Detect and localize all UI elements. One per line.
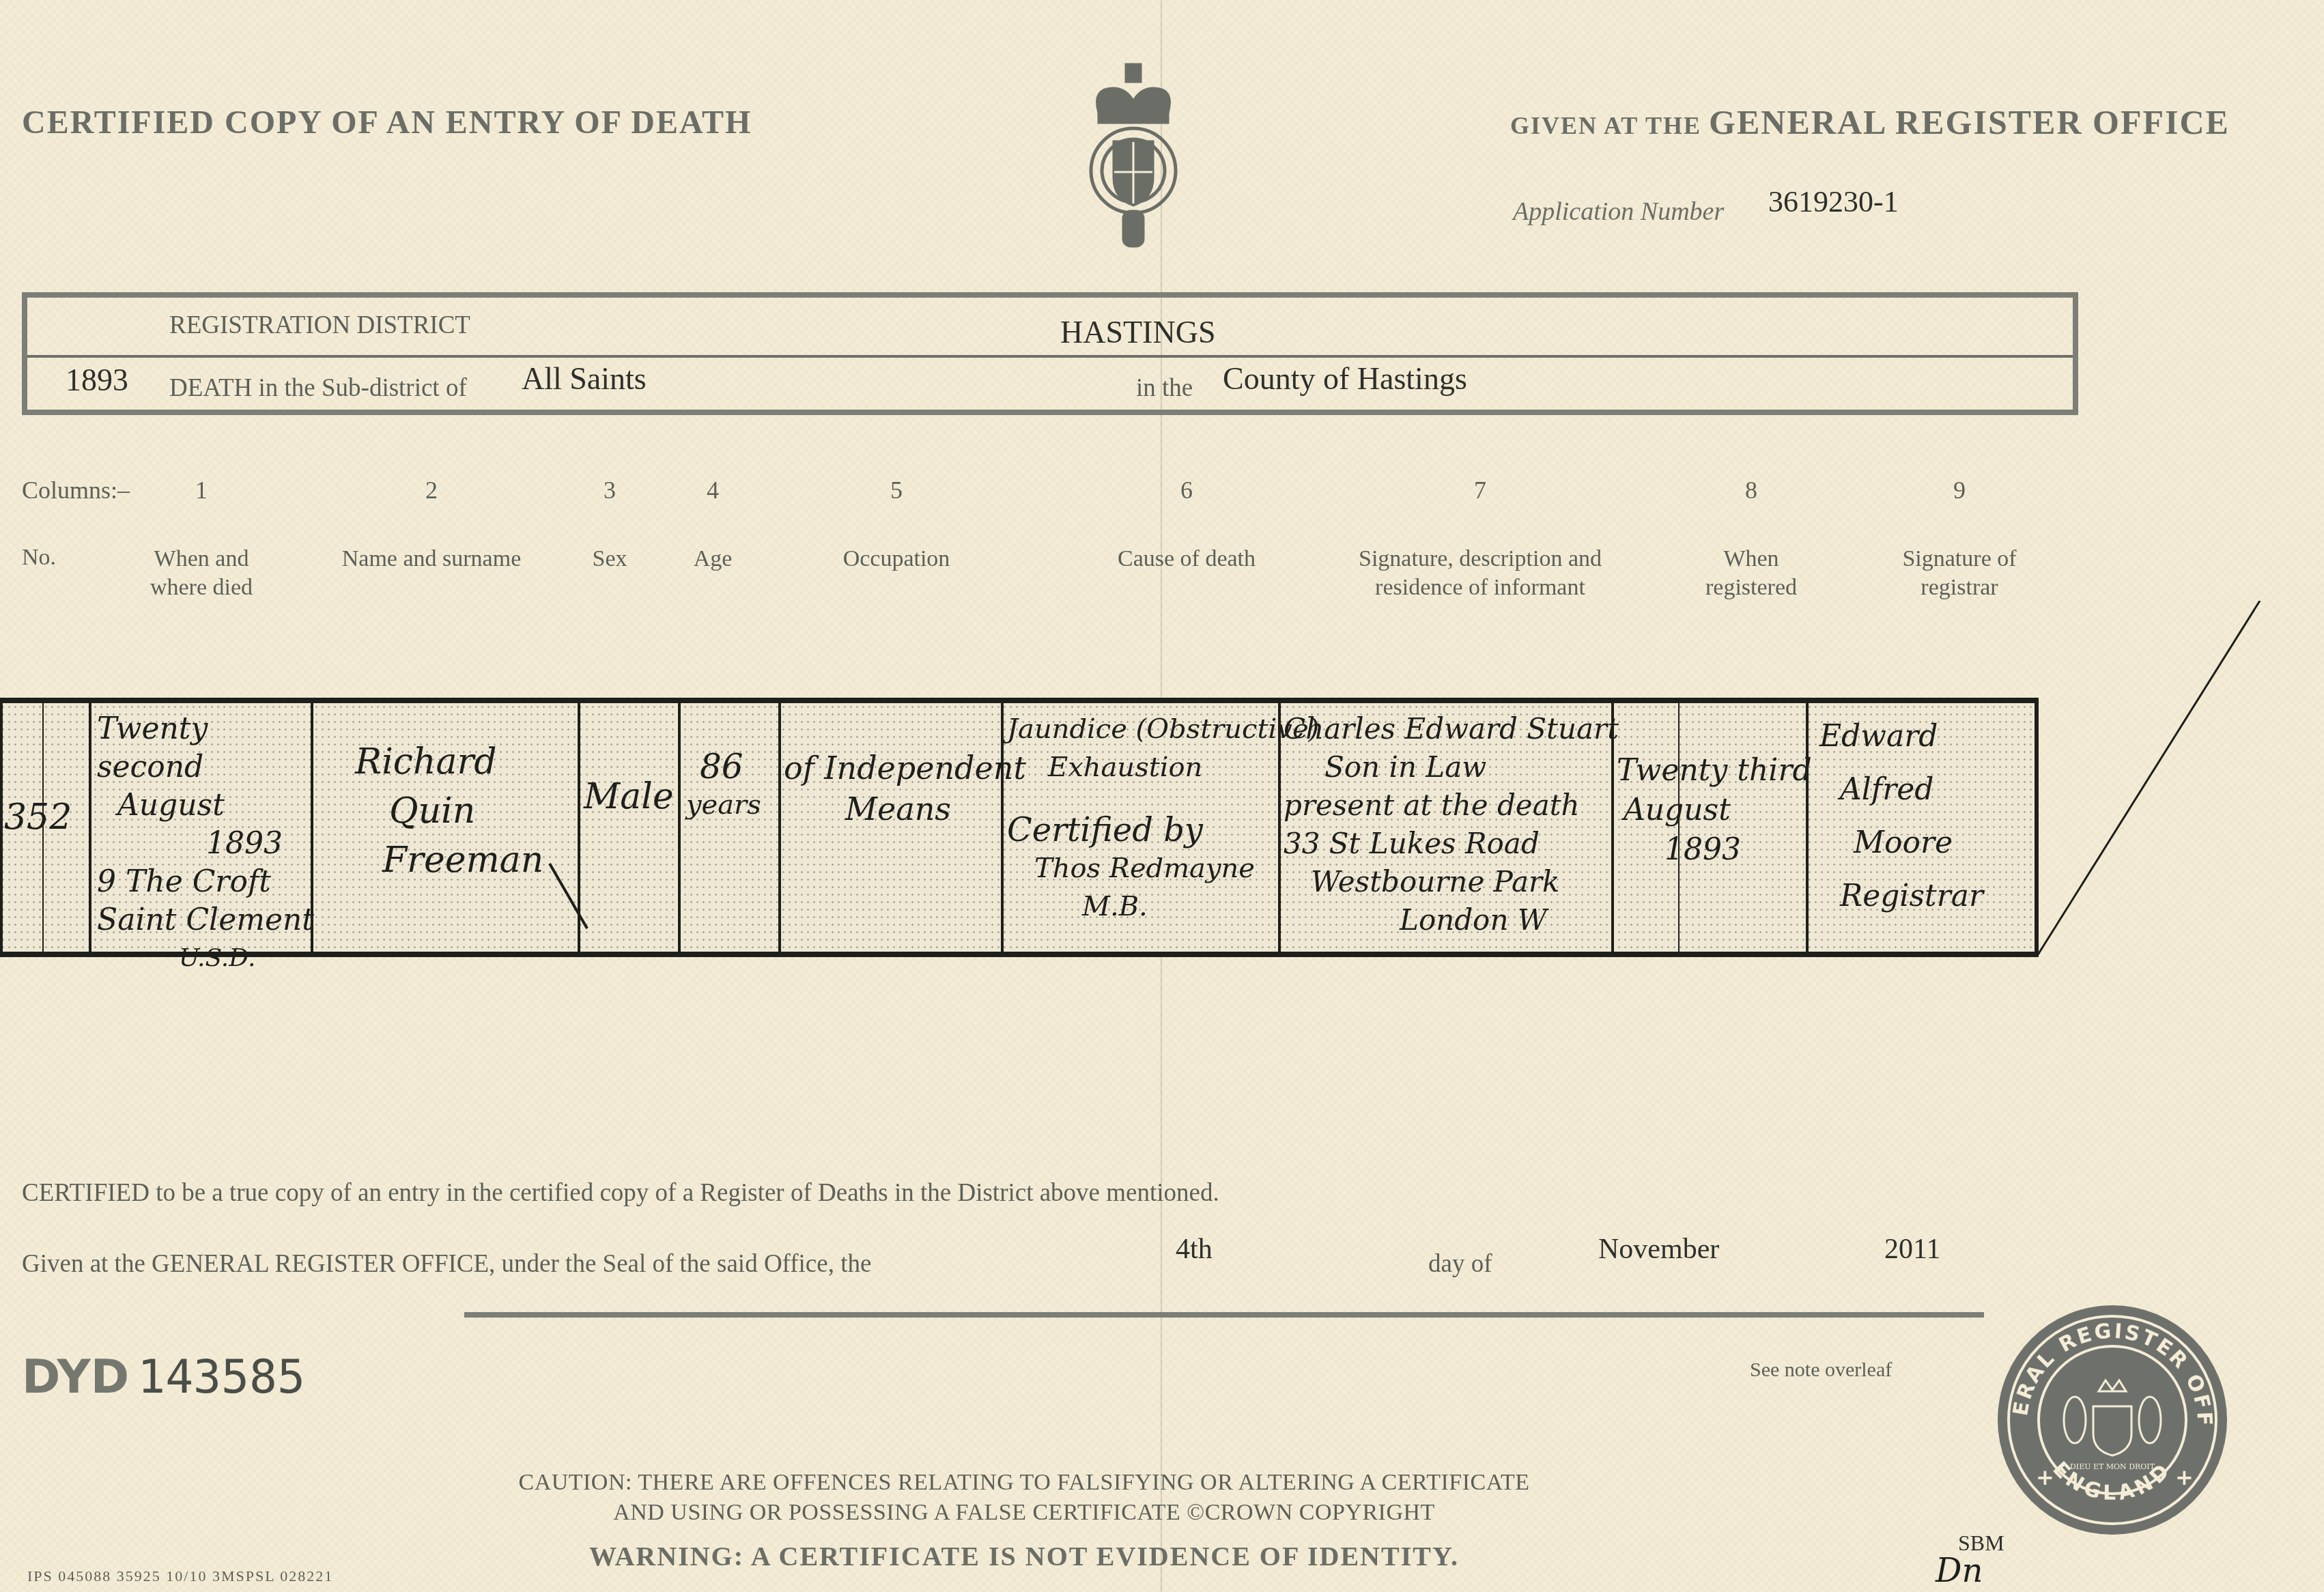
column-heading-cause: Cause of death: [1030, 545, 1344, 573]
entry-number: 352: [4, 799, 72, 836]
column-number-9: 9: [1918, 476, 2000, 504]
columns-label: Columns:–: [22, 476, 130, 504]
entry-informant: Charles Edward Stuart Son in Law present…: [1284, 710, 1619, 939]
caution-notice: CAUTION: THERE ARE OFFENCES RELATING TO …: [410, 1468, 1639, 1528]
see-note-overleaf: See note overleaf: [1750, 1359, 1892, 1382]
serial-digits: 143585: [137, 1350, 305, 1404]
subdistrict-label: DEATH in the Sub-district of: [169, 373, 467, 403]
registration-district-value: HASTINGS: [1060, 314, 1215, 350]
entry-cause-of-death: Jaundice (Obstructive) Exhaustion Certif…: [1007, 710, 1319, 926]
given-at-office: GENERAL REGISTER OFFICE: [1709, 103, 2230, 141]
svg-text:+: +: [2036, 1464, 2054, 1490]
column-number-5: 5: [855, 476, 937, 504]
given-at-heading: GIVEN AT THE GENERAL REGISTER OFFICE: [1510, 102, 2230, 142]
column-number-2: 2: [391, 476, 472, 504]
day-of-label: day of: [1428, 1249, 1492, 1279]
registration-year: 1893: [66, 362, 128, 398]
entry-name: Richard Quin Freeman: [355, 737, 543, 885]
certificate-year: 2011: [1884, 1233, 1940, 1266]
subdistrict-value: All Saints: [522, 360, 647, 397]
certificate-day: 4th: [1176, 1233, 1213, 1266]
given-at-prefix: GIVEN AT THE: [1510, 112, 1701, 139]
application-number-label: Application Number: [1513, 197, 1724, 227]
identity-warning: WARNING: A CERTIFICATE IS NOT EVIDENCE O…: [410, 1540, 1639, 1572]
entry-registrar-signature: Edward Alfred Moore Registrar: [1819, 710, 1983, 923]
strike-mark-icon: [546, 860, 594, 935]
entry-when-registered: Twenty third August 1893: [1617, 751, 1812, 870]
column-heading-registrar: Signature ofregistrar: [1802, 545, 2116, 602]
general-register-office-seal-icon: GENERAL REGISTER OFFICE ENGLAND + + DIEU…: [1996, 1304, 2228, 1536]
svg-text:DIEU ET MON DROIT: DIEU ET MON DROIT: [2070, 1462, 2155, 1471]
serial-prefix: DYD: [22, 1350, 129, 1404]
column-number-3: 3: [569, 476, 651, 504]
column-number-6: 6: [1146, 476, 1228, 504]
county-label: in the: [1136, 373, 1193, 403]
handwritten-initials: Dn: [1936, 1554, 1983, 1588]
entry-when-where: Twenty second August 1893 9 The Croft Sa…: [97, 710, 315, 978]
certificate-month: November: [1598, 1233, 1719, 1266]
print-reference-code: IPS 045088 35925 10/10 3MSPSL 028221: [27, 1567, 333, 1585]
entry-sex: Male: [584, 778, 674, 816]
document-title: CERTIFIED COPY OF AN ENTRY OF DEATH: [22, 104, 752, 141]
application-number-value: 3619230-1: [1768, 184, 1899, 219]
certified-statement: CERTIFIED to be a true copy of an entry …: [22, 1178, 1219, 1208]
svg-text:+: +: [2175, 1464, 2194, 1490]
column-number-8: 8: [1710, 476, 1792, 504]
certificate-serial-number: DYD143585: [22, 1350, 305, 1404]
signature-rule: [464, 1312, 1984, 1318]
entry-occupation: of Independent Means: [784, 748, 1026, 829]
column-heading-informant: Signature, description andresidence of i…: [1323, 545, 1637, 602]
column-number-4: 4: [672, 476, 754, 504]
registration-district-label: REGISTRATION DISTRICT: [169, 311, 470, 340]
column-number-7: 7: [1439, 476, 1521, 504]
cancellation-line-icon: [2035, 601, 2267, 969]
entry-age: 86 years: [686, 748, 761, 824]
column-number-1: 1: [160, 476, 242, 504]
column-heading-occupation: Occupation: [739, 545, 1053, 573]
given-at-statement: Given at the GENERAL REGISTER OFFICE, un…: [22, 1249, 871, 1279]
royal-crest-icon: [1079, 61, 1188, 259]
county-value: County of Hastings: [1223, 360, 1467, 397]
